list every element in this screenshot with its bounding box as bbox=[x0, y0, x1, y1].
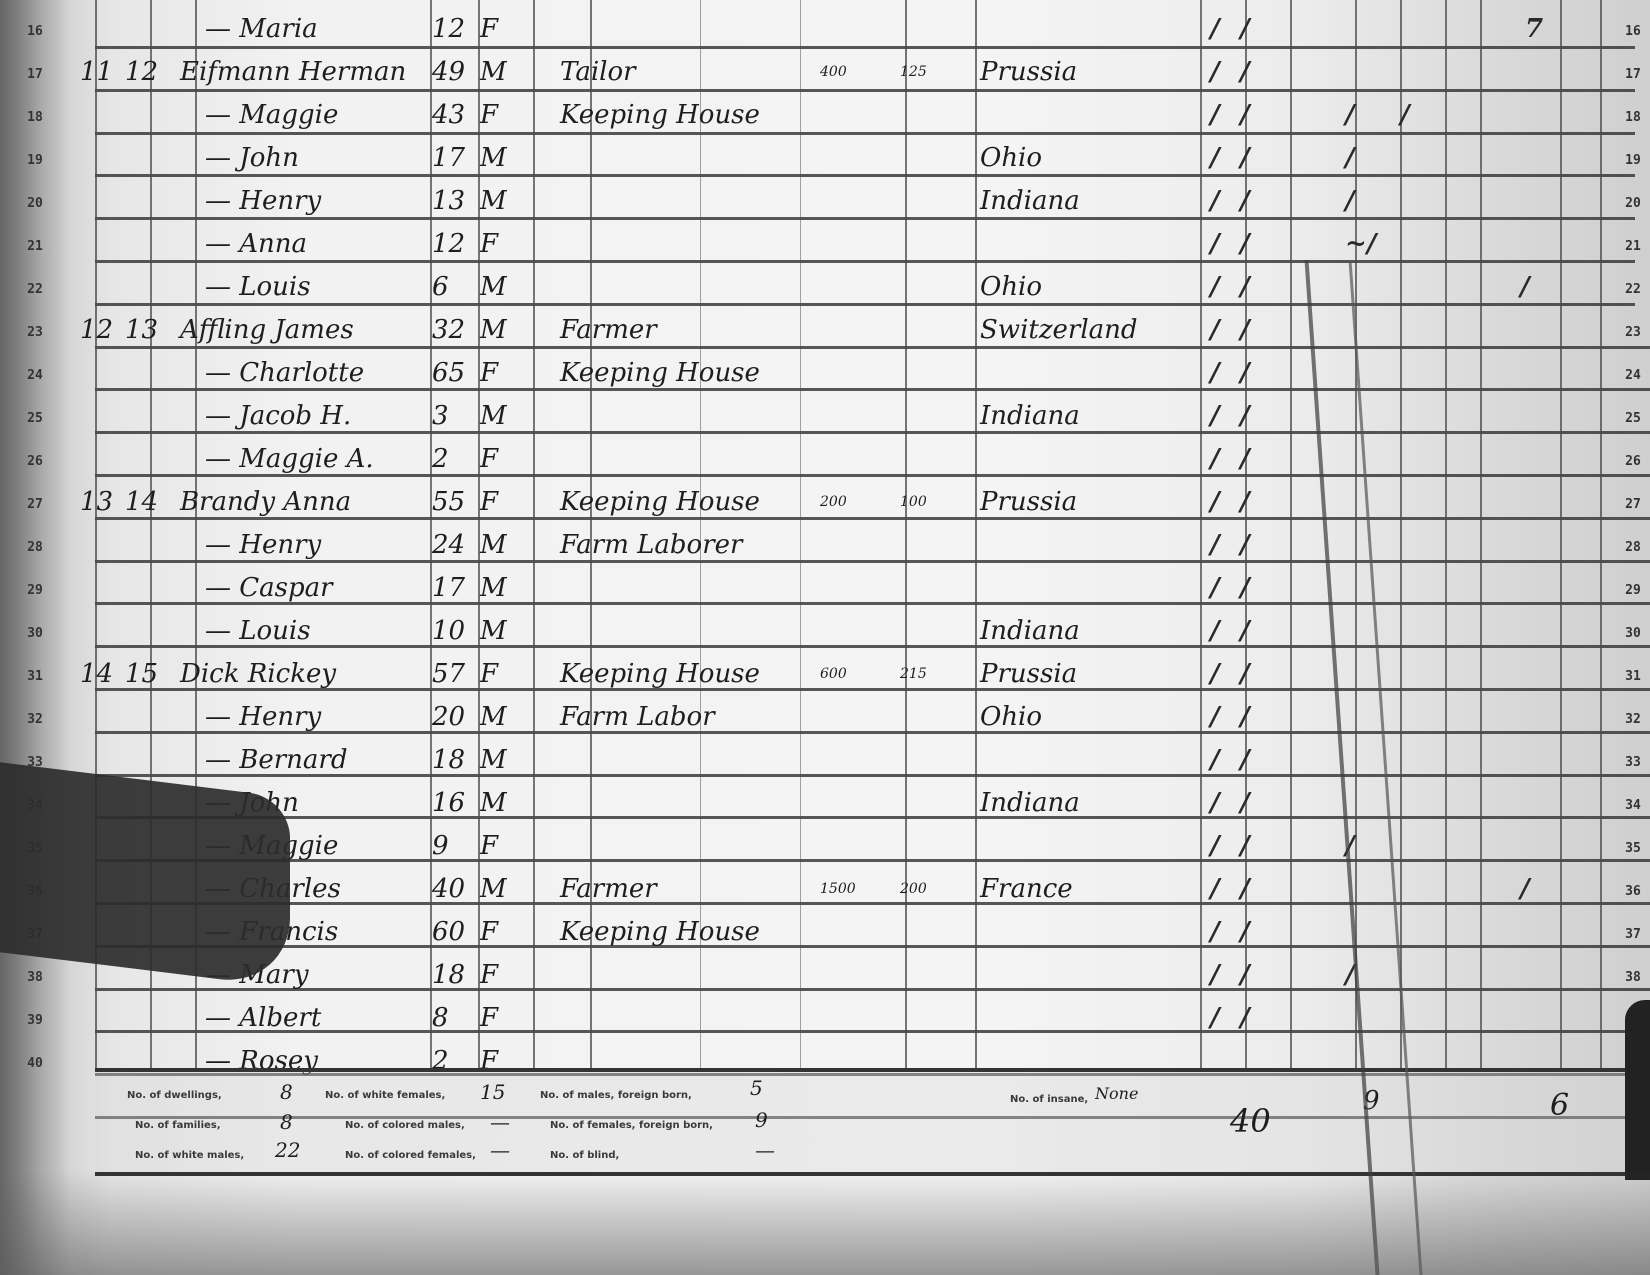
line-number-right: 33 bbox=[1618, 755, 1648, 770]
column-rule bbox=[533, 0, 535, 1070]
person-name: — Henry bbox=[205, 532, 321, 558]
tally-mark: / bbox=[1210, 229, 1220, 259]
tally-mark: / bbox=[1400, 100, 1410, 130]
person-age: 40 bbox=[432, 876, 465, 902]
person-name: Eifmann Herman bbox=[180, 59, 406, 85]
column-rule bbox=[800, 0, 801, 1070]
tally-mark: / bbox=[1240, 659, 1250, 689]
footer-label-dwellings: No. of dwellings, bbox=[127, 1090, 222, 1101]
footer-label-white-females: No. of white females, bbox=[325, 1090, 445, 1101]
tally-mark: / bbox=[1210, 702, 1220, 732]
footer-value-colored-females: — bbox=[490, 1138, 510, 1162]
person-name: — Maggie A. bbox=[205, 446, 374, 472]
line-number: 28 bbox=[15, 540, 55, 555]
real-estate-value: 600 bbox=[820, 667, 847, 681]
ruled-line bbox=[95, 46, 1635, 49]
column-rule bbox=[1600, 0, 1602, 1070]
line-number-right: 25 bbox=[1618, 411, 1648, 426]
birthplace: Switzerland bbox=[980, 317, 1138, 343]
binder-clip-shadow bbox=[1625, 1000, 1650, 1180]
person-sex: F bbox=[480, 489, 498, 515]
tally-mark: / bbox=[1345, 186, 1355, 216]
person-age: 3 bbox=[432, 403, 449, 429]
family-number: 14 bbox=[125, 489, 158, 515]
ruled-line bbox=[95, 388, 1650, 391]
person-name: — John bbox=[205, 145, 299, 171]
person-sex: M bbox=[480, 59, 507, 85]
tally-mark: / bbox=[1345, 143, 1355, 173]
occupation: Keeping House bbox=[560, 661, 760, 687]
person-sex: M bbox=[480, 747, 507, 773]
extra-mark: / bbox=[1520, 272, 1530, 302]
footer-label-white-males: No. of white males, bbox=[135, 1150, 244, 1161]
ruled-line bbox=[95, 731, 1650, 734]
person-age: 8 bbox=[432, 1005, 449, 1031]
birthplace: Prussia bbox=[980, 661, 1077, 687]
person-sex: M bbox=[480, 188, 507, 214]
tally-mark: / bbox=[1210, 960, 1220, 990]
line-number-right: 24 bbox=[1618, 368, 1648, 383]
footer-label-insane: No. of insane, bbox=[1010, 1094, 1088, 1105]
line-number: 31 bbox=[15, 669, 55, 684]
person-sex: F bbox=[480, 962, 498, 988]
person-sex: F bbox=[480, 102, 498, 128]
real-estate-value: 400 bbox=[820, 65, 847, 79]
ruled-line bbox=[95, 303, 1635, 306]
footer-value-males-foreign: 5 bbox=[750, 1076, 763, 1100]
occupation: Keeping House bbox=[560, 360, 760, 386]
ruled-line bbox=[95, 474, 1650, 477]
tally-mark: / bbox=[1210, 788, 1220, 818]
occupation: Keeping House bbox=[560, 919, 760, 945]
line-number-right: 31 bbox=[1618, 669, 1648, 684]
line-number: 39 bbox=[15, 1013, 55, 1028]
line-number: 20 bbox=[15, 196, 55, 211]
person-name: — Jacob H. bbox=[205, 403, 351, 429]
person-age: 12 bbox=[432, 16, 465, 42]
ruled-line bbox=[95, 816, 1650, 819]
birthplace: Ohio bbox=[980, 145, 1042, 171]
tally-mark: / bbox=[1210, 831, 1220, 861]
person-name: Affling James bbox=[180, 317, 354, 343]
personal-estate-value: 215 bbox=[900, 667, 927, 681]
tally-mark: / bbox=[1210, 57, 1220, 87]
family-number: 12 bbox=[125, 59, 158, 85]
tally-mark: / bbox=[1345, 100, 1355, 130]
occupation: Farm Laborer bbox=[560, 532, 742, 558]
footer-label-colored-males: No. of colored males, bbox=[345, 1120, 465, 1131]
column-rule bbox=[905, 0, 907, 1070]
line-number-right: 34 bbox=[1618, 798, 1648, 813]
tally-mark: / bbox=[1210, 530, 1220, 560]
person-age: 6 bbox=[432, 274, 449, 300]
column-rule bbox=[1400, 0, 1402, 1070]
line-number-right: 22 bbox=[1618, 282, 1648, 297]
personal-estate-value: 100 bbox=[900, 495, 927, 509]
person-sex: F bbox=[480, 16, 498, 42]
person-sex: M bbox=[480, 618, 507, 644]
column-rule bbox=[1200, 0, 1202, 1070]
tally-mark: / bbox=[1240, 788, 1250, 818]
occupation: Farmer bbox=[560, 317, 657, 343]
ruled-line bbox=[95, 988, 1650, 991]
person-name: — Maggie bbox=[205, 102, 338, 128]
person-sex: F bbox=[480, 231, 498, 257]
tally-mark: / bbox=[1240, 315, 1250, 345]
birthplace: Ohio bbox=[980, 704, 1042, 730]
real-estate-value: 200 bbox=[820, 495, 847, 509]
line-number-right: 27 bbox=[1618, 497, 1648, 512]
line-number: 23 bbox=[15, 325, 55, 340]
tally-mark: / bbox=[1240, 143, 1250, 173]
person-age: 18 bbox=[432, 962, 465, 988]
line-number-right: 38 bbox=[1618, 970, 1648, 985]
extra-mark: 7 bbox=[1525, 14, 1543, 44]
person-name: — Albert bbox=[205, 1005, 321, 1031]
person-age: 18 bbox=[432, 747, 465, 773]
line-number-right: 37 bbox=[1618, 927, 1648, 942]
dwelling-number: 11 bbox=[80, 59, 113, 85]
tally-mark: / bbox=[1210, 186, 1220, 216]
person-sex: M bbox=[480, 403, 507, 429]
footer-label-blind: No. of blind, bbox=[550, 1150, 619, 1161]
tally-mark: / bbox=[1210, 272, 1220, 302]
line-number-right: 17 bbox=[1618, 67, 1648, 82]
tally-mark: / bbox=[1240, 57, 1250, 87]
person-name: Brandy Anna bbox=[180, 489, 351, 515]
line-number-right: 20 bbox=[1618, 196, 1648, 211]
line-number: 18 bbox=[15, 110, 55, 125]
extra-mark: / bbox=[1520, 874, 1530, 904]
dwelling-number: 13 bbox=[80, 489, 113, 515]
line-number-right: 32 bbox=[1618, 712, 1648, 727]
line-number-right: 36 bbox=[1618, 884, 1648, 899]
tally-mark: / bbox=[1210, 100, 1220, 130]
real-estate-value: 1500 bbox=[820, 882, 856, 896]
person-name: — Louis bbox=[205, 274, 311, 300]
person-sex: M bbox=[480, 704, 507, 730]
tally-mark: / bbox=[1240, 831, 1250, 861]
person-name: — Anna bbox=[205, 231, 307, 257]
person-sex: F bbox=[480, 661, 498, 687]
tally-mark: / bbox=[1240, 186, 1250, 216]
line-number: 25 bbox=[15, 411, 55, 426]
tally-mark: / bbox=[1210, 616, 1220, 646]
tally-mark: / bbox=[1240, 1003, 1250, 1033]
line-number: 16 bbox=[15, 24, 55, 39]
person-name: — Charlotte bbox=[205, 360, 364, 386]
family-number: 15 bbox=[125, 661, 158, 687]
footer-value-blind: — bbox=[755, 1138, 775, 1162]
person-age: 65 bbox=[432, 360, 465, 386]
dwelling-number: 12 bbox=[80, 317, 113, 343]
line-number: 38 bbox=[15, 970, 55, 985]
ruled-line bbox=[95, 217, 1635, 220]
line-number: 19 bbox=[15, 153, 55, 168]
person-age: 43 bbox=[432, 102, 465, 128]
footer-label-males-foreign: No. of males, foreign born, bbox=[540, 1090, 692, 1101]
column-rule bbox=[1480, 0, 1482, 1070]
line-number-right: 18 bbox=[1618, 110, 1648, 125]
line-number: 30 bbox=[15, 626, 55, 641]
footer-value-white-females: 15 bbox=[480, 1080, 505, 1104]
footer-value-females-foreign: 9 bbox=[755, 1108, 768, 1132]
person-sex: M bbox=[480, 876, 507, 902]
person-age: 10 bbox=[432, 618, 465, 644]
birthplace: Ohio bbox=[980, 274, 1042, 300]
person-name: — Maria bbox=[205, 16, 318, 42]
birthplace: Prussia bbox=[980, 489, 1077, 515]
tally-mark: / bbox=[1210, 874, 1220, 904]
person-age: 16 bbox=[432, 790, 465, 816]
tally-mark: / bbox=[1240, 616, 1250, 646]
tally-mark: / bbox=[1210, 143, 1220, 173]
tally-mark: / bbox=[1240, 702, 1250, 732]
tally-mark: / bbox=[1240, 487, 1250, 517]
tally-mark: / bbox=[1210, 358, 1220, 388]
tally-mark: / bbox=[1210, 14, 1220, 44]
person-age: 32 bbox=[432, 317, 465, 343]
occupation: Keeping House bbox=[560, 489, 760, 515]
birthplace: Indiana bbox=[980, 403, 1080, 429]
person-name: — Bernard bbox=[205, 747, 348, 773]
ruled-line bbox=[95, 346, 1650, 349]
ruled-line bbox=[95, 132, 1635, 135]
ruled-line bbox=[95, 260, 1635, 263]
line-number-right: 21 bbox=[1618, 239, 1648, 254]
line-number: 40 bbox=[15, 1056, 55, 1071]
person-sex: M bbox=[480, 317, 507, 343]
person-age: 2 bbox=[432, 446, 449, 472]
line-number-right: 19 bbox=[1618, 153, 1648, 168]
person-name: — Caspar bbox=[205, 575, 333, 601]
birthplace: Indiana bbox=[980, 618, 1080, 644]
person-sex: M bbox=[480, 575, 507, 601]
tally-mark: / bbox=[1240, 917, 1250, 947]
tally-mark: / bbox=[1210, 745, 1220, 775]
tally-mark: / bbox=[1240, 358, 1250, 388]
person-name: Dick Rickey bbox=[180, 661, 336, 687]
person-sex: F bbox=[480, 919, 498, 945]
tally-mark: ~/ bbox=[1345, 229, 1376, 259]
person-age: 9 bbox=[432, 833, 449, 859]
summary-footer: No. of dwellings, 8 No. of white females… bbox=[95, 1068, 1650, 1176]
line-number-right: 28 bbox=[1618, 540, 1648, 555]
tally-mark: / bbox=[1240, 444, 1250, 474]
line-number-right: 35 bbox=[1618, 841, 1648, 856]
tally-mark: / bbox=[1210, 444, 1220, 474]
tally-mark: / bbox=[1240, 14, 1250, 44]
ruled-line bbox=[95, 431, 1650, 434]
person-sex: F bbox=[480, 833, 498, 859]
ruled-line bbox=[95, 89, 1635, 92]
line-number-right: 16 bbox=[1618, 24, 1648, 39]
footer-value-colored-males: — bbox=[490, 1110, 510, 1134]
birthplace: Indiana bbox=[980, 790, 1080, 816]
line-number: 22 bbox=[15, 282, 55, 297]
occupation: Farm Labor bbox=[560, 704, 715, 730]
footer-total-right: 6 bbox=[1550, 1088, 1569, 1123]
line-number: 32 bbox=[15, 712, 55, 727]
tally-mark: / bbox=[1210, 487, 1220, 517]
person-sex: F bbox=[480, 1005, 498, 1031]
person-age: 60 bbox=[432, 919, 465, 945]
line-number: 26 bbox=[15, 454, 55, 469]
line-number: 24 bbox=[15, 368, 55, 383]
dwelling-number: 14 bbox=[80, 661, 113, 687]
tally-mark: / bbox=[1240, 401, 1250, 431]
line-number-right: 26 bbox=[1618, 454, 1648, 469]
tally-mark: / bbox=[1210, 659, 1220, 689]
tally-mark: / bbox=[1210, 917, 1220, 947]
person-age: 17 bbox=[432, 575, 465, 601]
person-age: 20 bbox=[432, 704, 465, 730]
tally-mark: / bbox=[1210, 1003, 1220, 1033]
person-age: 17 bbox=[432, 145, 465, 171]
ruled-line bbox=[95, 560, 1650, 563]
footer-value-insane: None bbox=[1095, 1084, 1138, 1103]
footer-value-families: 8 bbox=[280, 1110, 293, 1134]
occupation: Keeping House bbox=[560, 102, 760, 128]
column-rule bbox=[1290, 0, 1292, 1070]
person-sex: M bbox=[480, 145, 507, 171]
birthplace: France bbox=[980, 876, 1073, 902]
tally-mark: / bbox=[1240, 960, 1250, 990]
person-age: 55 bbox=[432, 489, 465, 515]
occupation: Farmer bbox=[560, 876, 657, 902]
column-rule bbox=[975, 0, 977, 1070]
footer-label-females-foreign: No. of females, foreign born, bbox=[550, 1120, 713, 1131]
tally-mark: / bbox=[1210, 315, 1220, 345]
person-name: — Louis bbox=[205, 618, 311, 644]
person-sex: M bbox=[480, 274, 507, 300]
footer-label-colored-females: No. of colored females, bbox=[345, 1150, 476, 1161]
person-age: 49 bbox=[432, 59, 465, 85]
person-name: — Henry bbox=[205, 188, 321, 214]
person-age: 24 bbox=[432, 532, 465, 558]
line-number: 27 bbox=[15, 497, 55, 512]
line-number-right: 23 bbox=[1618, 325, 1648, 340]
person-sex: F bbox=[480, 360, 498, 386]
column-rule bbox=[1560, 0, 1562, 1070]
footer-value-dwellings: 8 bbox=[280, 1080, 293, 1104]
footer-value-white-males: 22 bbox=[275, 1138, 300, 1162]
family-number: 13 bbox=[125, 317, 158, 343]
person-age: 12 bbox=[432, 231, 465, 257]
tally-mark: / bbox=[1240, 745, 1250, 775]
person-age: 13 bbox=[432, 188, 465, 214]
tally-mark: / bbox=[1240, 100, 1250, 130]
ruled-line bbox=[95, 174, 1635, 177]
person-sex: F bbox=[480, 446, 498, 472]
person-name: — Henry bbox=[205, 704, 321, 730]
line-number: 17 bbox=[15, 67, 55, 82]
birthplace: Indiana bbox=[980, 188, 1080, 214]
column-rule bbox=[1445, 0, 1447, 1070]
footer-label-families: No. of families, bbox=[135, 1120, 221, 1131]
line-number-right: 30 bbox=[1618, 626, 1648, 641]
footer-total-col-a: 40 bbox=[1230, 1102, 1271, 1140]
birthplace: Prussia bbox=[980, 59, 1077, 85]
ruled-line bbox=[95, 645, 1650, 648]
hand-shadow bbox=[0, 762, 290, 988]
line-number: 29 bbox=[15, 583, 55, 598]
tally-mark: / bbox=[1240, 874, 1250, 904]
line-number-right: 29 bbox=[1618, 583, 1648, 598]
personal-estate-value: 125 bbox=[900, 65, 927, 79]
occupation: Tailor bbox=[560, 59, 636, 85]
person-sex: M bbox=[480, 790, 507, 816]
line-number: 21 bbox=[15, 239, 55, 254]
tally-mark: / bbox=[1240, 573, 1250, 603]
tally-mark: / bbox=[1210, 401, 1220, 431]
tally-mark: / bbox=[1240, 530, 1250, 560]
person-age: 57 bbox=[432, 661, 465, 687]
personal-estate-value: 200 bbox=[900, 882, 927, 896]
tally-mark: / bbox=[1240, 272, 1250, 302]
bottom-shadow bbox=[0, 1170, 1650, 1275]
person-sex: M bbox=[480, 532, 507, 558]
tally-mark: / bbox=[1210, 573, 1220, 603]
ruled-line bbox=[95, 517, 1650, 520]
ruled-line bbox=[95, 1030, 1650, 1033]
tally-mark: / bbox=[1240, 229, 1250, 259]
